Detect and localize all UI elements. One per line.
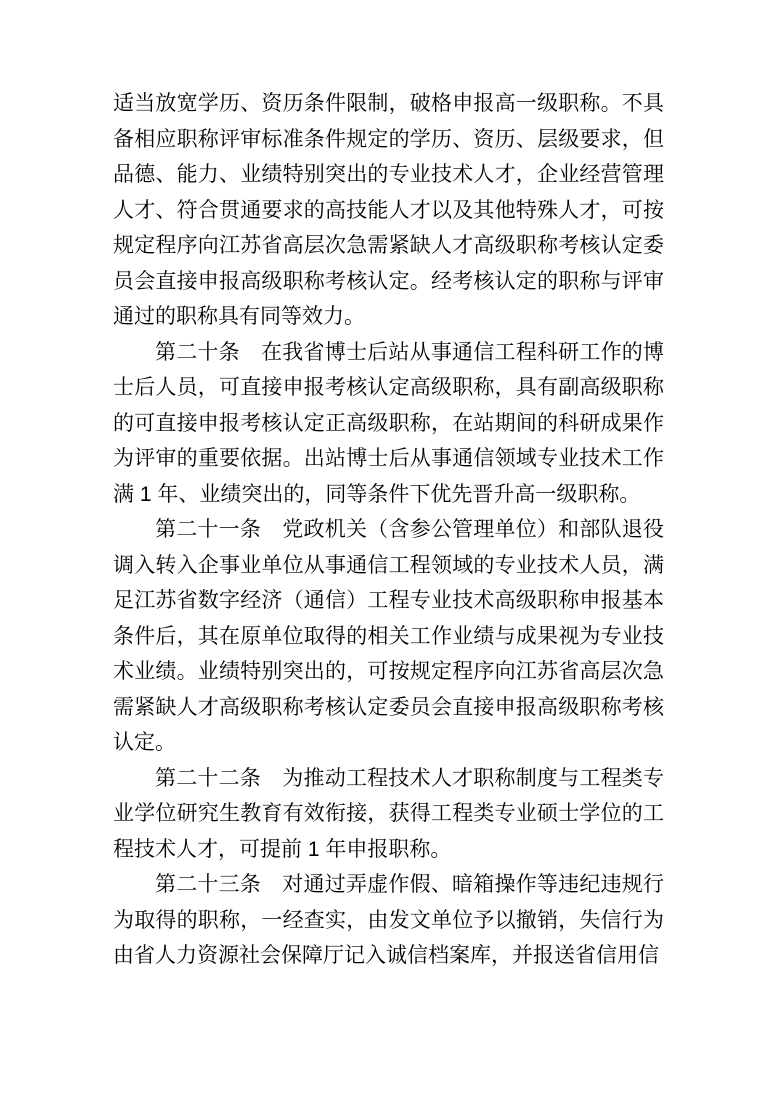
document-page: 适当放宽学历、资历条件限制，破格申报高一级职称。不具备相应职称评审标准条件规定的… xyxy=(0,0,777,1099)
paragraph-continuation: 适当放宽学历、资历条件限制，破格申报高一级职称。不具备相应职称评审标准条件规定的… xyxy=(113,86,664,335)
paragraph-article-21: 第二十一条 党政机关（含参公管理单位）和部队退役调入转入企事业单位从事通信工程领… xyxy=(113,512,664,761)
paragraph-article-23: 第二十三条 对通过弄虚作假、暗箱操作等违纪违规行为取得的职称，一经查实，由发文单… xyxy=(113,867,664,974)
paragraph-article-20: 第二十条 在我省博士后站从事通信工程科研工作的博士后人员，可直接申报考核认定高级… xyxy=(113,335,664,513)
paragraph-article-22: 第二十二条 为推动工程技术人才职称制度与工程类专业学位研究生教育有效衔接，获得工… xyxy=(113,761,664,868)
